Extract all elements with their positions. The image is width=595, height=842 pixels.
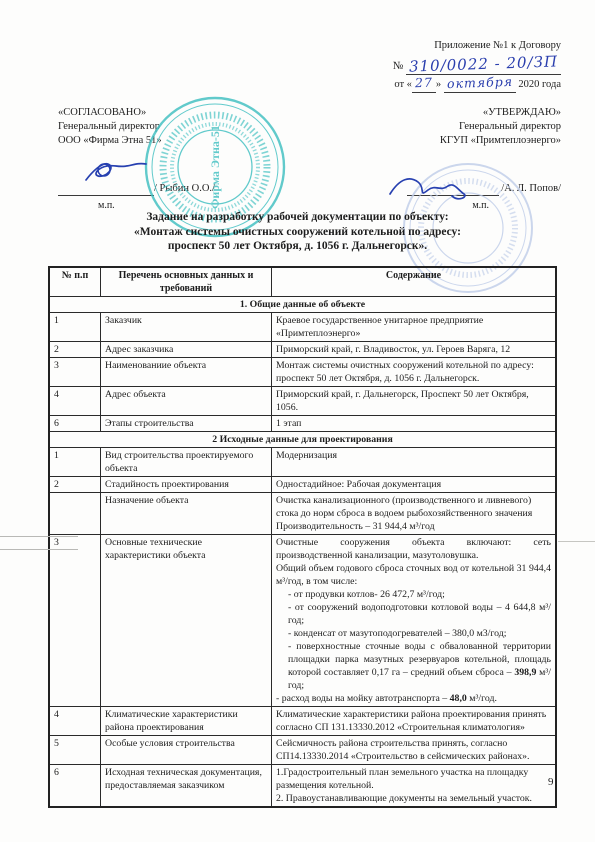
title-line-3: проспект 50 лет Октября, д. 1056 г. Даль… [0, 239, 595, 254]
content-line: Климатические характеристики района прое… [276, 708, 551, 734]
row-content: Одностадийное: Рабочая документация [272, 477, 557, 493]
content-text: Модернизация [276, 450, 337, 461]
document-title: Задание на разработку рабочей документац… [0, 210, 595, 254]
row-number: 3 [49, 535, 101, 707]
content-line: Приморский край, г. Владивосток, ул. Гер… [276, 343, 551, 356]
content-line: Очистка канализационного (производственн… [276, 494, 551, 520]
content-line: - от продувки котлов- 26 472,7 м³/год; [276, 588, 551, 601]
row-label: Стадийность проектирования [101, 477, 272, 493]
row-number: 5 [49, 736, 101, 765]
content-line: 2. Правоустанавливающие документы на зем… [276, 792, 551, 805]
table-row: 2Стадийность проектированияОдностадийное… [49, 477, 556, 493]
row-label: Этапы строительства [101, 416, 272, 432]
row-content: 1.Градостроительный план земельного учас… [272, 765, 557, 808]
content-line: 1 этап [276, 417, 551, 430]
row-number: 6 [49, 765, 101, 808]
content-text: - расход воды на мойку автотранспорта – [276, 693, 450, 704]
row-content: Сейсмичность района строительства принят… [272, 736, 557, 765]
row-number: 2 [49, 477, 101, 493]
content-line: Монтаж системы очистных сооружений котел… [276, 359, 551, 385]
row-label: Климатические характеристики района прое… [101, 707, 272, 736]
table-row: 3Основные технические характеристики объ… [49, 535, 556, 707]
content-line: Производительность – 31 944,4 м³/год [276, 520, 551, 533]
content-text: м³/год. [467, 693, 497, 704]
content-line: Одностадийное: Рабочая документация [276, 478, 551, 491]
content-line: Общий объем годового сброса сточных вод … [276, 562, 551, 588]
content-line: Сейсмичность района строительства принят… [276, 737, 551, 763]
section-title: 2 Исходные данные для проектирования [49, 432, 556, 448]
row-number: 6 [49, 416, 101, 432]
table-row: 4Климатические характеристики района про… [49, 707, 556, 736]
row-content: Монтаж системы очистных сооружений котел… [272, 358, 557, 387]
approved-role: Генеральный директор [407, 120, 561, 134]
table-row: 5Особые условия строительстваСейсмичност… [49, 736, 556, 765]
agreed-signer-name: / Рыбин О.О./ [154, 183, 215, 194]
section-row: 2 Исходные данные для проектирования [49, 432, 556, 448]
row-content: Модернизация [272, 448, 557, 477]
scan-artifact-line [558, 541, 595, 542]
row-number: 4 [49, 387, 101, 416]
content-text: Очистные сооружения объекта включают: се… [276, 537, 551, 561]
content-text: 2. Правоустанавливающие документы на зем… [276, 793, 532, 804]
table-row: 1ЗаказчикКраевое государственное унитарн… [49, 313, 556, 342]
row-label: Особые условия строительства [101, 736, 272, 765]
row-number: 1 [49, 448, 101, 477]
content-line: - от сооружений водоподготовки котловой … [276, 601, 551, 627]
row-content: Приморский край, г. Дальнегорск, Проспек… [272, 387, 557, 416]
row-label: Заказчик [101, 313, 272, 342]
row-label: Назначение объекта [101, 493, 272, 535]
number-label: № [393, 60, 404, 72]
row-number: 4 [49, 707, 101, 736]
content-text: - конденсат от мазутоподогревателей – 38… [288, 628, 507, 639]
content-text: - от продувки котлов- 26 472,7 м³/год; [288, 589, 445, 600]
approved-signer-name: /А. Л. Попов/ [501, 183, 561, 194]
row-label: Адрес заказчика [101, 342, 272, 358]
date-year: 2020 года [518, 79, 561, 90]
row-number: 1 [49, 313, 101, 342]
row-content: Климатические характеристики района прое… [272, 707, 557, 736]
appendix-line: Приложение №1 к Договору [393, 38, 561, 53]
title-line-2: «Монтаж системы очистных сооружений коте… [0, 225, 595, 240]
table-row: 1Вид строительства проектируемого объект… [49, 448, 556, 477]
row-number [49, 493, 101, 535]
row-label: Наименованиие объекта [101, 358, 272, 387]
approved-org: КГУП «Примтеплоэнерго» [407, 134, 561, 148]
agreed-org: ООО «Фирма Этна 51» [58, 134, 215, 148]
spec-table-body: 1. Общие данные об объекте1ЗаказчикКраев… [49, 297, 556, 808]
handwritten-month: октября [446, 74, 513, 91]
row-content: Очистка канализационного (производственн… [272, 493, 557, 535]
content-line: - поверхностные сточные воды с обвалован… [276, 640, 551, 692]
spec-table: № п.п Перечень основных данных и требова… [48, 266, 557, 808]
content-line: Краевое государственное унитарное предпр… [276, 314, 551, 340]
content-line: - конденсат от мазутоподогревателей – 38… [276, 627, 551, 640]
row-label: Основные технические характеристики объе… [101, 535, 272, 707]
table-row: Назначение объектаОчистка канализационно… [49, 493, 556, 535]
row-content: Краевое государственное унитарное предпр… [272, 313, 557, 342]
row-label: Адрес объекта [101, 387, 272, 416]
table-row: 6Этапы строительства1 этап [49, 416, 556, 432]
table-row: 3Наименованиие объектаМонтаж системы очи… [49, 358, 556, 387]
content-line: 1.Градостроительный план земельного учас… [276, 766, 551, 792]
date-prefix: от « [394, 79, 412, 90]
content-text: Монтаж системы очистных сооружений котел… [276, 360, 534, 384]
content-text: Приморский край, г. Владивосток, ул. Гер… [276, 344, 510, 355]
section-title: 1. Общие данные об объекте [49, 297, 556, 313]
row-number: 2 [49, 342, 101, 358]
row-content: Очистные сооружения объекта включают: се… [272, 535, 557, 707]
content-text: 1 этап [276, 418, 301, 429]
content-text: Приморский край, г. Дальнегорск, Проспек… [276, 389, 529, 413]
content-text: Краевое государственное унитарное предпр… [276, 315, 483, 339]
approved-title: «УТВЕРЖДАЮ» [407, 106, 561, 120]
section-row: 1. Общие данные об объекте [49, 297, 556, 313]
contract-number-line: № 310/0022 - 20/ЗП [393, 57, 561, 75]
table-header-row: № п.п Перечень основных данных и требова… [49, 267, 556, 297]
page-number: 9 [548, 776, 554, 788]
col-header-content: Содержание [272, 267, 557, 297]
agreed-role: Генеральный директор [58, 120, 215, 134]
content-text: - от сооружений водоподготовки котловой … [288, 602, 551, 626]
date-mid: » [436, 79, 441, 90]
scan-artifact-line [0, 549, 78, 550]
content-line: Модернизация [276, 449, 551, 462]
table-row: 4Адрес объектаПриморский край, г. Дальне… [49, 387, 556, 416]
col-header-num: № п.п [49, 267, 101, 297]
content-text: Климатические характеристики района прое… [276, 709, 546, 733]
content-line: - расход воды на мойку автотранспорта – … [276, 692, 551, 705]
content-text: 398,9 [514, 667, 536, 678]
content-text: 1.Градостроительный план земельного учас… [276, 767, 528, 791]
content-line: Приморский край, г. Дальнегорск, Проспек… [276, 388, 551, 414]
agreed-title: «СОГЛАСОВАНО» [58, 106, 215, 120]
scan-artifact-line [0, 536, 78, 537]
appendix-block: Приложение №1 к Договору № 310/0022 - 20… [393, 38, 561, 93]
content-text: Сейсмичность района строительства принят… [276, 738, 529, 762]
content-text: - поверхностные сточные воды с обвалован… [288, 641, 551, 678]
table-row: 6Исходная техническая документация, пред… [49, 765, 556, 808]
row-label: Исходная техническая документация, предо… [101, 765, 272, 808]
row-content: 1 этап [272, 416, 557, 432]
table-row: 2Адрес заказчикаПриморский край, г. Влад… [49, 342, 556, 358]
title-line-1: Задание на разработку рабочей документац… [0, 210, 595, 225]
approved-block: «УТВЕРЖДАЮ» Генеральный директор КГУП «П… [407, 106, 561, 213]
content-line: Очистные сооружения объекта включают: се… [276, 536, 551, 562]
content-text: Одностадийное: Рабочая документация [276, 479, 441, 490]
handwritten-day: 27 [415, 75, 433, 91]
content-text: Очистка канализационного (производственн… [276, 495, 532, 519]
content-text: 48,0 [450, 693, 467, 704]
content-text: Производительность – 31 944,4 м³/год [276, 521, 435, 532]
agreed-block: «СОГЛАСОВАНО» Генеральный директор ООО «… [58, 106, 215, 213]
col-header-list: Перечень основных данных и требований [101, 267, 272, 297]
row-content: Приморский край, г. Владивосток, ул. Гер… [272, 342, 557, 358]
row-label: Вид строительства проектируемого объекта [101, 448, 272, 477]
contract-date-line: от «27» октября 2020 года [393, 75, 561, 93]
content-text: Общий объем годового сброса сточных вод … [276, 563, 551, 587]
row-number: 3 [49, 358, 101, 387]
handwritten-contract-number: 310/0022 - 20/ЗП [409, 54, 558, 74]
